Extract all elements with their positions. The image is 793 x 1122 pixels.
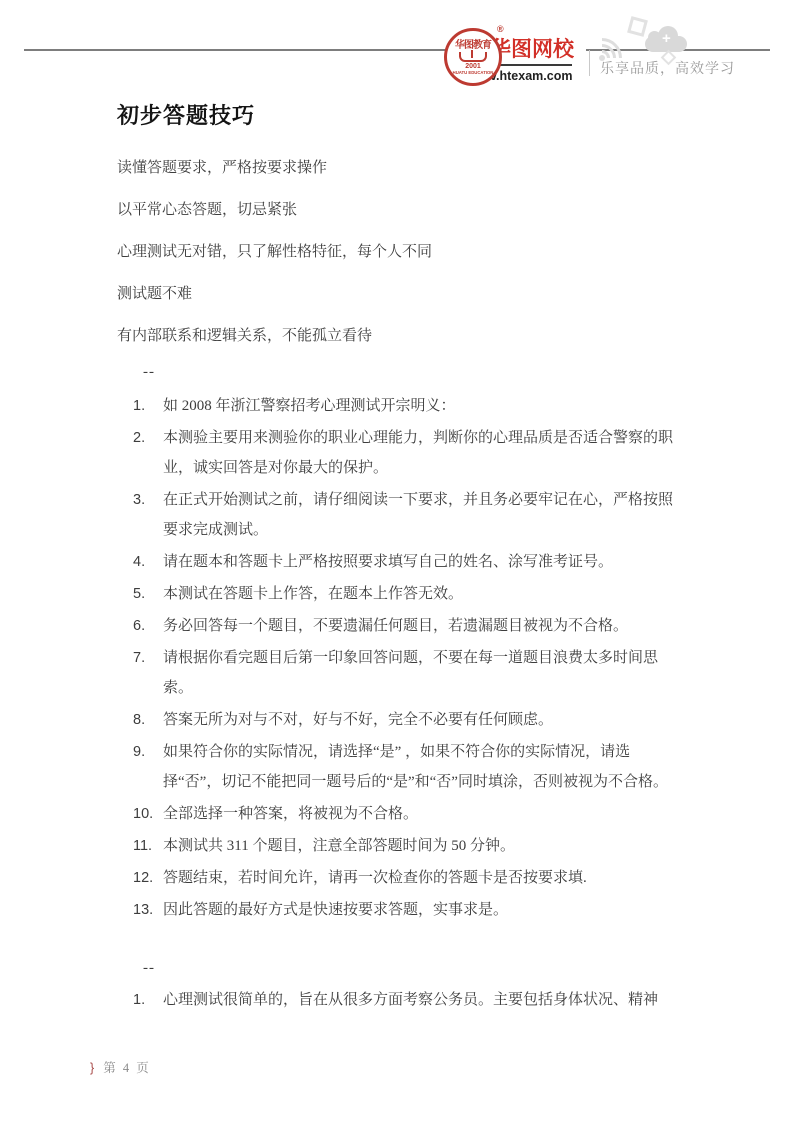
brand-underline <box>490 64 572 66</box>
second-list: 1.心理测试很简单的，旨在从很多方面考察公务员。主要包括身体状况、精神 <box>133 985 685 1017</box>
list-item: 2.本测验主要用来测验你的职业心理能力，判断你的心理品质是否适合警察的职业，诚实… <box>133 423 685 483</box>
page-footer: }第 4 页 <box>90 1058 151 1076</box>
brand-website: v.htexam.com <box>490 69 586 83</box>
list-item: 12.答题结束，若时间允许，请再一次检查你的答题卡是否按要求填. <box>133 863 685 893</box>
open-book-icon <box>459 52 487 62</box>
brand-tagline: 乐享品质，高效学习 <box>600 58 735 78</box>
seal-brand-text: 华图教育 <box>447 36 499 51</box>
intro-paragraph: 心理测试无对错，只了解性格特征，每个人不同 <box>117 237 677 267</box>
list-item: 9.如果符合你的实际情况，请选择“是” ，如果不符合你的实际情况，请选择“否”，… <box>133 737 685 797</box>
document-page: + 华图教育 2001 HUATU EDUCATION ® 华图网校 v.hte… <box>0 0 793 1122</box>
intro-paragraph: 测试题不难 <box>117 279 677 309</box>
list-item: 11.本测试共 311 个题目，注意全部答题时间为 50 分钟。 <box>133 831 685 861</box>
separator-dashes: -- <box>143 357 155 387</box>
page-number: 第 4 页 <box>103 1061 151 1075</box>
header-divider <box>589 50 590 76</box>
footer-brace-mark: } <box>90 1061 94 1075</box>
list-item: 13.因此答题的最好方式是快速按要求答题，实事求是。 <box>133 895 685 925</box>
list-item: 4.请在题本和答题卡上严格按照要求填写自己的姓名、涂写准考证号。 <box>133 547 685 577</box>
list-item: 1.如 2008 年浙江警察招考心理测试开宗明义： <box>133 391 685 421</box>
intro-paragraph: 读懂答题要求，严格按要求操作 <box>117 153 677 183</box>
brand-block: 华图网校 v.htexam.com <box>490 31 586 87</box>
page-title: 初步答题技巧 <box>117 99 255 130</box>
separator-dashes: -- <box>143 953 155 983</box>
list-item: 7.请根据你看完题目后第一印象回答问题，不要在每一道题目浪费太多时间思索。 <box>133 643 685 703</box>
intro-paragraph: 有内部联系和逻辑关系，不能孤立看待 <box>117 321 677 351</box>
list-item: 6.务必回答每一个题目，不要遗漏任何题目，若遗漏题目被视为不合格。 <box>133 611 685 641</box>
instruction-list: 1.如 2008 年浙江警察招考心理测试开宗明义： 2.本测验主要用来测验你的职… <box>133 391 685 927</box>
list-item: 5.本测试在答题卡上作答，在题本上作答无效。 <box>133 579 685 609</box>
list-item: 8.答案无所为对与不对，好与不好，完全不必要有任何顾虑。 <box>133 705 685 735</box>
huatu-seal-logo: 华图教育 2001 HUATU EDUCATION <box>444 28 502 86</box>
seal-year: 2001 <box>447 63 499 70</box>
cloud-plus-icon: + <box>645 26 687 52</box>
intro-paragraph: 以平常心态答题，切忌紧张 <box>117 195 677 225</box>
seal-english-text: HUATU EDUCATION <box>451 70 495 75</box>
brand-name: 华图网校 <box>490 33 586 63</box>
intro-paragraphs: 读懂答题要求，严格按要求操作 以平常心态答题，切忌紧张 心理测试无对错，只了解性… <box>117 153 677 363</box>
list-item: 10.全部选择一种答案，将被视为不合格。 <box>133 799 685 829</box>
registered-trademark-icon: ® <box>497 24 504 34</box>
list-item: 3.在正式开始测试之前，请仔细阅读一下要求，并且务必要牢记在心，严格按照要求完成… <box>133 485 685 545</box>
list-item: 1.心理测试很简单的，旨在从很多方面考察公务员。主要包括身体状况、精神 <box>133 985 685 1015</box>
